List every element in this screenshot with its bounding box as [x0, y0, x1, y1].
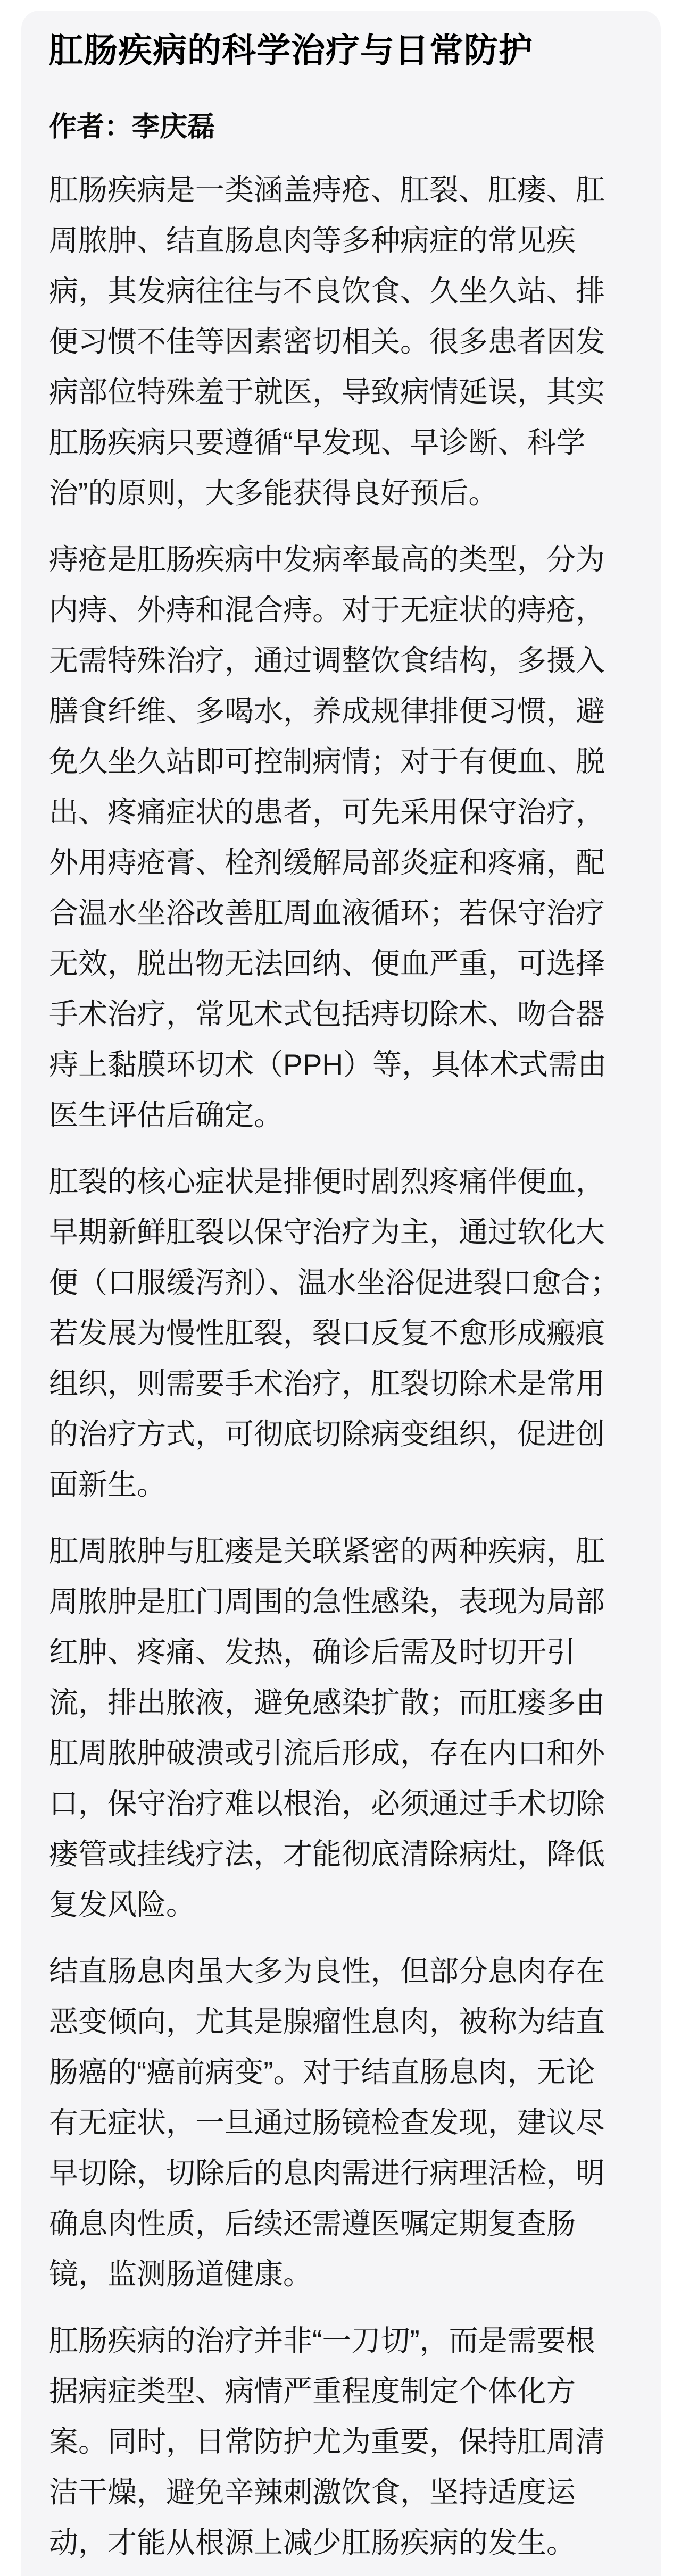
article-title: 肛肠疾病的科学治疗与日常防护 [49, 33, 622, 69]
paragraph: 痔疮是肛肠疾病中发病率最高的类型，分为内痔、外痔和混合痔。对于无症状的痔疮，无需… [49, 534, 622, 1140]
page-background: { "page": { "background_color": "#ffffff… [0, 0, 681, 2576]
article-author: 作者：李庆磊 [49, 112, 622, 142]
paragraph: 肛肠疾病是一类涵盖痔疮、肛裂、肛瘘、肛周脓肿、结直肠息肉等多种病症的常见疾病，其… [49, 165, 622, 518]
paragraph: 肛肠疾病的治疗并非“一刀切”，而是需要根据病症类型、病情严重程度制定个体化方案。… [49, 2315, 622, 2568]
article-card: 肛肠疾病的科学治疗与日常防护 作者：李庆磊 肛肠疾病是一类涵盖痔疮、肛裂、肛瘘、… [21, 11, 661, 2576]
paragraph: 结直肠息肉虽大多为良性，但部分息肉存在恶变倾向，尤其是腺瘤性息肉，被称为结直肠癌… [49, 1946, 622, 2300]
paragraph: 肛周脓肿与肛瘘是关联紧密的两种疾病，肛周脓肿是肛门周围的急性感染，表现为局部红肿… [49, 1526, 622, 1930]
paragraph: 肛裂的核心症状是排便时剧烈疼痛伴便血，早期新鲜肛裂以保守治疗为主，通过软化大便（… [49, 1156, 622, 1510]
article-body: 肛肠疾病是一类涵盖痔疮、肛裂、肛瘘、肛周脓肿、结直肠息肉等多种病症的常见疾病，其… [49, 165, 622, 2568]
